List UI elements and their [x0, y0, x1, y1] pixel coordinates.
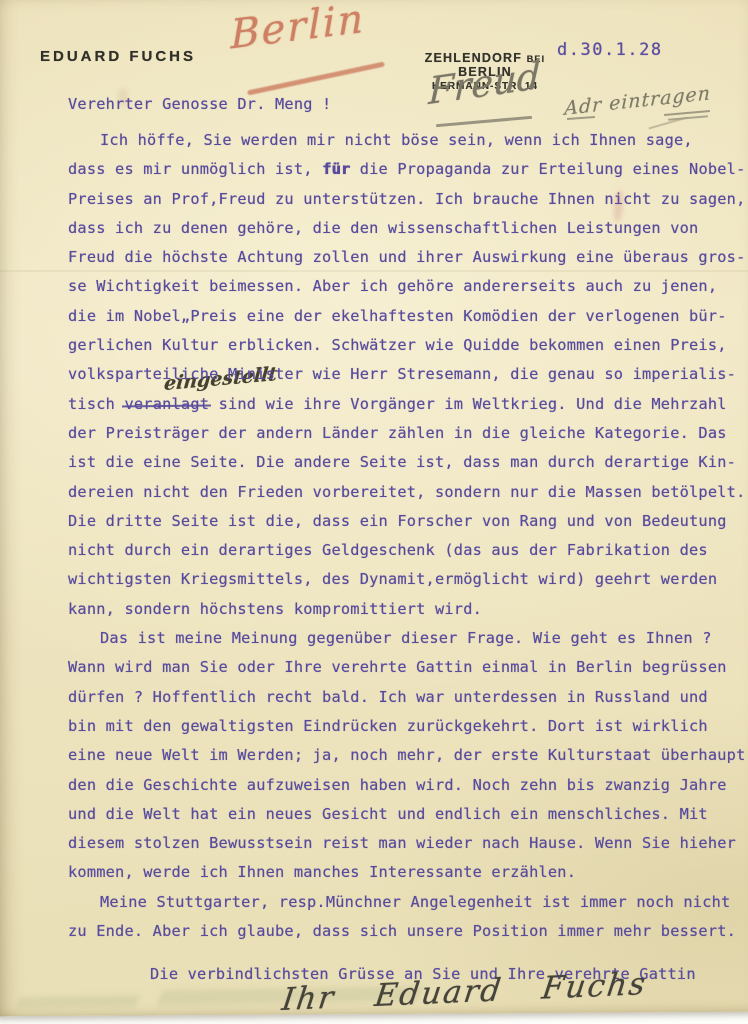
line-text: dass ich zu denen gehöre, die den wissen… [68, 219, 698, 237]
letterhead-sender-name: EDUARD FUCHS [40, 48, 196, 65]
letter-line: bin mit den gewaltigsten Eindrücken zurü… [68, 717, 740, 746]
strikethrough-word: veranlagt [124, 395, 209, 413]
letter-line: gerlichen Kultur erblicken. Schwätzer wi… [68, 336, 740, 365]
line-text: wichtigsten Kriegsmittels, des Dynamit,e… [68, 570, 717, 588]
letter-line: nicht durch ein derartiges Geldgeschenk … [68, 541, 740, 570]
line-text: dass es mir unmöglich ist, [68, 160, 322, 178]
letter-line: zu Ende. Aber ich glaube, dass sich unse… [68, 922, 740, 951]
line-text: Preises an Prof,Freud zu unterstützen. I… [68, 190, 745, 208]
line-text: dereien nicht den Frieden vorbereitet, s… [68, 483, 745, 501]
line-text: Wann wird man Sie oder Ihre verehrte Gat… [68, 658, 727, 676]
scanned-letter-page: EDUARD FUCHS ZEHLENDORF bei BERLIN HERMA… [0, 0, 748, 1024]
line-text: volksparteiliche Minister wie Herr Stres… [68, 365, 736, 383]
line-text: eine neue Welt im Werden; ja, noch mehr,… [68, 746, 745, 764]
line-text: die Propaganda zur Erteilung eines Nobel… [350, 160, 745, 178]
letter-line: Freud die höchste Achtung zollen und ihr… [68, 248, 740, 277]
letter-line: dass es mir unmöglich ist, für die Propa… [68, 160, 740, 189]
letter-line: dereien nicht den Frieden vorbereitet, s… [68, 483, 740, 512]
letter-line: kann, sondern höchstens kompromittiert w… [68, 600, 740, 629]
line-text: kommen, werde ich Ihnen manches Interess… [68, 863, 576, 881]
letter-line: kommen, werde ich Ihnen manches Interess… [68, 863, 740, 892]
typed-date: d.30.1.28 [557, 40, 663, 60]
line-text: kann, sondern höchstens kompromittiert w… [68, 600, 482, 618]
letter-line: der Preisträger der andern Länder zählen… [68, 424, 740, 453]
line-text: Meine Stuttgarter, resp.Münchner Angeleg… [100, 893, 730, 911]
line-text: tisch [68, 395, 124, 413]
line-text: und die Welt hat ein neues Gesicht und e… [68, 805, 708, 823]
letter-line: eine neue Welt im Werden; ja, noch mehr,… [68, 746, 740, 775]
line-text: bin mit den gewaltigsten Eindrücken zurü… [68, 717, 708, 735]
letter-line: tisch veranlagt sind wie ihre Vorgänger … [68, 395, 740, 424]
line-text: den die Geschichte aufzuweisen haben wir… [68, 776, 727, 794]
letter-line: se Wichtigkeit beimessen. Aber ich gehör… [68, 277, 740, 306]
line-text: Das ist meine Meinung gegenüber dieser F… [100, 629, 712, 647]
letter-line: Meine Stuttgarter, resp.Münchner Angeleg… [68, 893, 740, 922]
letter-body: Ich höffe, Sie werden mir nicht böse sei… [68, 131, 740, 951]
letter-line: Ich höffe, Sie werden mir nicht böse sei… [68, 131, 740, 160]
line-text: Die dritte Seite ist die, dass ein Forsc… [68, 512, 727, 530]
line-text: nicht durch ein derartiges Geldgeschenk … [68, 541, 708, 559]
letter-line: dürfen ? Hoffentlich recht bald. Ich war… [68, 688, 740, 717]
letter-line: diesem stolzen Bewusstsein reist man wie… [68, 834, 740, 863]
line-text: sind wie ihre Vorgänger im Weltkrieg. Un… [209, 395, 727, 413]
letter-line: die im Nobel„Preis eine der ekelhafteste… [68, 307, 740, 336]
letter-line: ist die eine Seite. Die andere Seite ist… [68, 453, 740, 482]
letter-line: Preises an Prof,Freud zu unterstützen. I… [68, 190, 740, 219]
line-text: der Preisträger der andern Länder zählen… [68, 424, 727, 442]
letter-line: Die dritte Seite ist die, dass ein Forsc… [68, 512, 740, 541]
salutation: Verehrter Genosse Dr. Meng ! [68, 95, 331, 113]
line-text: die im Nobel„Preis eine der ekelhafteste… [68, 307, 727, 325]
ink-ghost-smudge [16, 995, 141, 1009]
line-text: se Wichtigkeit beimessen. Aber ich gehör… [68, 277, 717, 295]
letter-line: Wann wird man Sie oder Ihre verehrte Gat… [68, 658, 740, 687]
line-text: Ich höffe, Sie werden mir nicht böse sei… [100, 131, 693, 149]
line-text: ist die eine Seite. Die andere Seite ist… [68, 453, 736, 471]
letter-line: volksparteiliche Minister wie Herr Stres… [68, 365, 740, 394]
line-text: dürfen ? Hoffentlich recht bald. Ich war… [68, 688, 708, 706]
overtyped-word: für [322, 160, 350, 178]
letter-line: Das ist meine Meinung gegenüber dieser F… [68, 629, 740, 658]
line-text: gerlichen Kultur erblicken. Schwätzer wi… [68, 336, 727, 354]
line-text: diesem stolzen Bewusstsein reist man wie… [68, 834, 736, 852]
line-text: zu Ende. Aber ich glaube, dass sich unse… [68, 922, 736, 940]
letter-line: den die Geschichte aufzuweisen haben wir… [68, 776, 740, 805]
letter-line: und die Welt hat ein neues Gesicht und e… [68, 805, 740, 834]
letter-line: dass ich zu denen gehöre, die den wissen… [68, 219, 740, 248]
line-text: Freud die höchste Achtung zollen und ihr… [68, 248, 745, 266]
letter-line: wichtigsten Kriegsmittels, des Dynamit,e… [68, 570, 740, 599]
